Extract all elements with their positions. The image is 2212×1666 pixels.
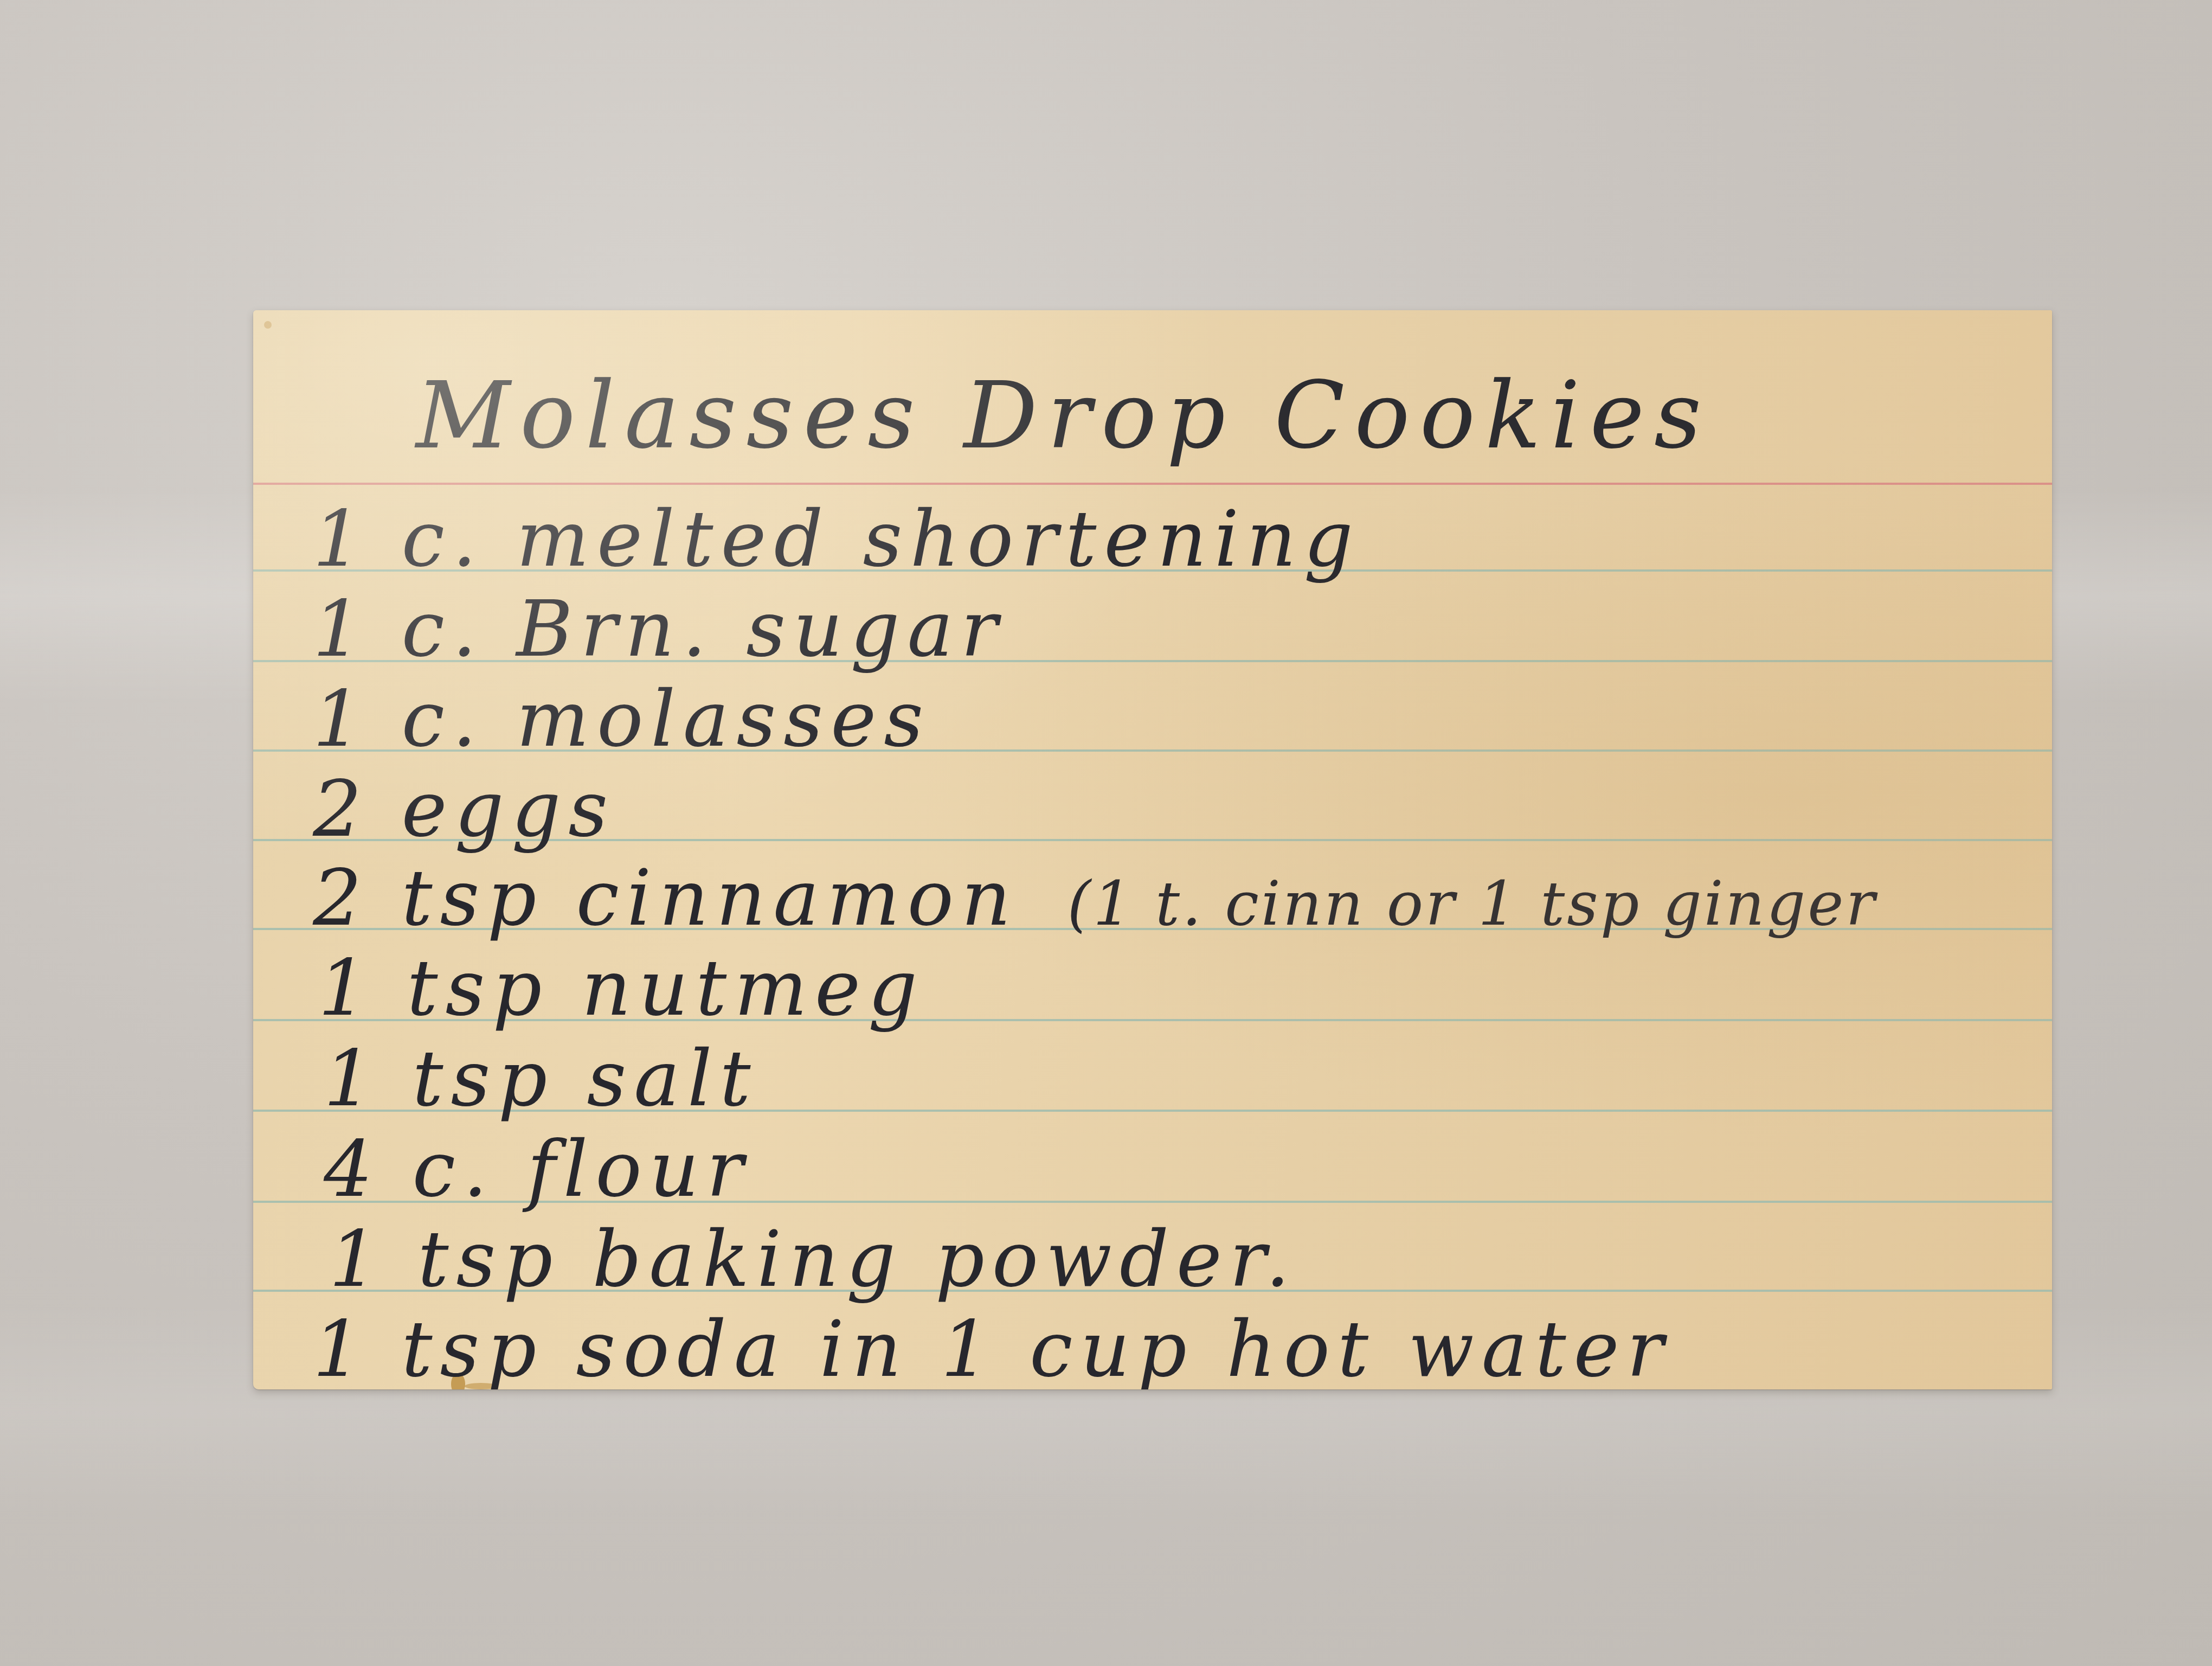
ingredient-line: 1 c. molasses bbox=[313, 681, 931, 758]
ingredient-text: 1 c. melted shortening bbox=[313, 495, 1361, 584]
recipe-card: Molasses Drop Cookies 1 c. melted shorte… bbox=[253, 310, 2052, 1389]
ingredient-line: 1 c. Brn. sugar bbox=[313, 591, 1005, 668]
recipe-title: Molasses Drop Cookies bbox=[416, 370, 1880, 462]
ingredient-line: 4 c. flour bbox=[324, 1131, 751, 1208]
ingredient-line: 2 tsp cinnamon(1 t. cinn or 1 tsp ginger bbox=[313, 860, 1877, 937]
ingredient-text: 4 c. flour bbox=[324, 1125, 751, 1214]
corner-stain bbox=[264, 321, 272, 329]
ingredient-text: 1 c. Brn. sugar bbox=[313, 585, 1005, 674]
ingredient-text: 1 tsp baking powder. bbox=[329, 1215, 1297, 1304]
ingredient-text: 1 c. molasses bbox=[313, 675, 931, 764]
ingredient-note: (1 t. cinn or 1 tsp ginger bbox=[1068, 869, 1877, 939]
ingredient-line: 1 tsp baking powder. bbox=[329, 1221, 1297, 1298]
ingredient-line: 1 tsp nutmeg bbox=[318, 950, 925, 1027]
header-rule-red bbox=[253, 483, 2052, 485]
ingredient-line: 1 c. melted shortening bbox=[313, 501, 1361, 578]
ingredient-line: 2 eggs bbox=[313, 771, 615, 848]
ingredient-text: 1 tsp salt bbox=[324, 1034, 758, 1124]
ingredient-text: 1 tsp nutmeg bbox=[318, 944, 925, 1033]
ingredient-text: 1 tsp soda in 1 cup hot water bbox=[313, 1305, 1671, 1389]
ingredient-text: 2 tsp cinnamon bbox=[313, 854, 1019, 943]
ingredient-text: 2 eggs bbox=[313, 765, 615, 854]
ingredient-line: 1 tsp salt bbox=[324, 1041, 758, 1118]
ingredient-line: 1 tsp soda in 1 cup hot water bbox=[313, 1311, 1671, 1388]
